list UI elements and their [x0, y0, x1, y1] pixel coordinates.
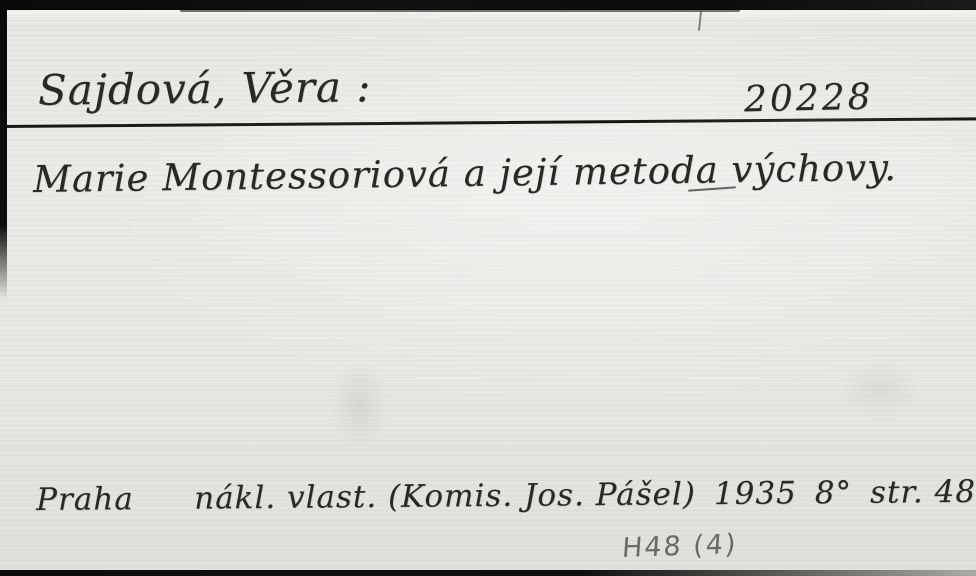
imprint-year: 1935: [714, 475, 797, 512]
pencil-shelf-note: H48 (4): [621, 529, 739, 564]
imprint-details: nákl. vlast. (Komis. Jos. Pášel) 1935 8°…: [194, 474, 976, 517]
paper-smudge: [330, 360, 390, 450]
imprint-pages: str. 48: [870, 474, 976, 511]
paper-smudge: [840, 360, 920, 420]
imprint-place: Praha: [36, 481, 134, 518]
author-heading: Sajdová, Věra :: [38, 62, 372, 114]
call-number: 20228: [744, 77, 874, 121]
catalog-card-scan: Sajdová, Věra : 20228 Marie Montessoriov…: [0, 0, 976, 576]
scan-edge-left: [0, 0, 7, 300]
title-line: Marie Montessoriová a její metoda výchov…: [33, 146, 897, 201]
imprint-format: 8°: [815, 475, 853, 511]
scan-edge-bottom: [0, 570, 976, 576]
imprint-publisher: nákl. vlast. (Komis. Jos. Pášel): [194, 476, 696, 516]
separator-rule: [0, 117, 976, 128]
scan-edge-top-shadow: [180, 9, 740, 12]
catalog-card: Sajdová, Věra : 20228 Marie Montessoriov…: [0, 0, 976, 576]
